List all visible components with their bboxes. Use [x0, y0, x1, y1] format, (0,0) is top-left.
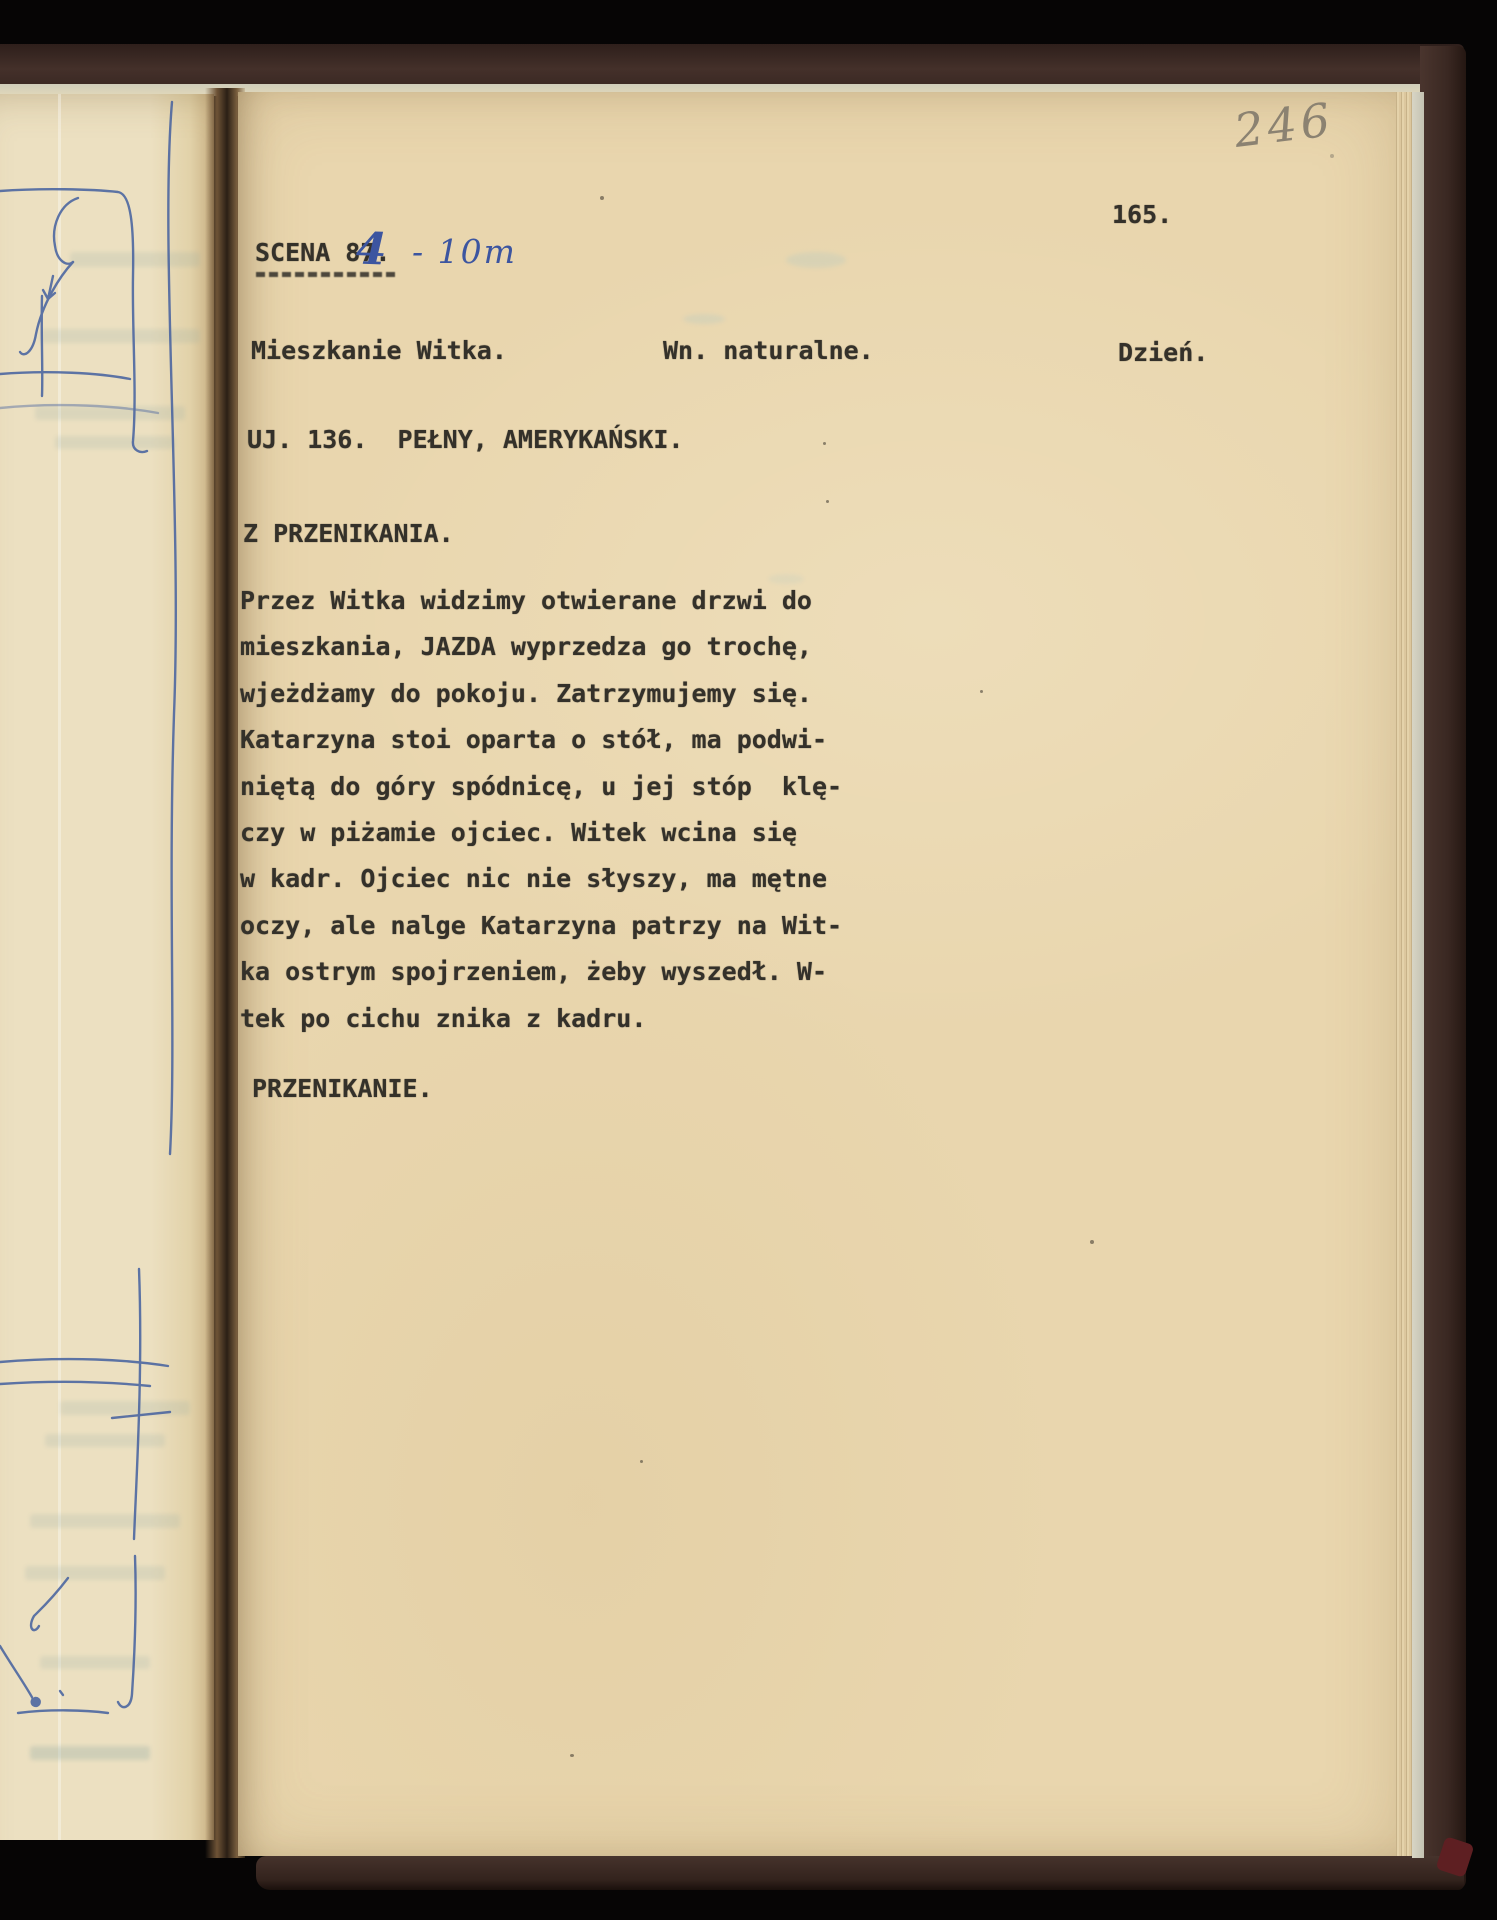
- body-line: niętą do góry spódnicę, u jej stóp klę-: [240, 764, 842, 810]
- book-photo: 246 165. SCENA 87. 4 - 10m Mieszkanie Wi…: [0, 0, 1497, 1920]
- paper-speck: [640, 1460, 643, 1463]
- paper-speck: [826, 500, 829, 503]
- book-cover-bottom-edge: [256, 1856, 1464, 1890]
- slug-time: Dzień.: [1118, 338, 1208, 367]
- paper-speck: [570, 1754, 574, 1757]
- body-line: Katarzyna stoi oparta o stół, ma podwi-: [240, 717, 842, 763]
- body-line: wjeżdżamy do pokoju. Zatrzymujemy się.: [240, 671, 842, 717]
- paper-speck: [980, 690, 983, 693]
- script-page: 246 165. SCENA 87. 4 - 10m Mieszkanie Wi…: [238, 92, 1396, 1856]
- slug-interior: Wn. naturalne.: [663, 336, 874, 365]
- scene-heading-underline: [256, 272, 396, 277]
- body-line: czy w piżamie ojciec. Witek wcina się: [240, 810, 842, 856]
- body-line: Przez Witka widzimy otwierane drzwi do: [240, 578, 842, 624]
- scene-length-note: - 10m: [412, 232, 517, 271]
- body-line: w kadr. Ojciec nic nie słyszy, ma mętne: [240, 856, 842, 902]
- scene-number-correction: 4: [355, 223, 387, 275]
- body-line: oczy, ale nalge Katarzyna patrzy na Wit-: [240, 903, 842, 949]
- transition-out: PRZENIKANIE.: [252, 1074, 433, 1103]
- ink-smudge: [768, 574, 804, 584]
- paper-speck: [823, 442, 826, 445]
- archive-number: 246: [1231, 92, 1337, 158]
- ink-smudge: [786, 252, 846, 268]
- ink-smudge: [683, 314, 725, 324]
- paper-speck: [600, 196, 604, 200]
- slug-location: Mieszkanie Witka.: [251, 336, 507, 365]
- page-number: 165.: [1112, 200, 1172, 229]
- previous-page-edge: [0, 94, 214, 1840]
- body-line: mieszkania, JAZDA wyprzedza go trochę,: [240, 624, 842, 670]
- page-edge-pale-strip: [1412, 92, 1424, 1858]
- body-line: tek po cichu znika z kadru.: [240, 996, 842, 1042]
- shot-line: UJ. 136. PEŁNY, AMERYKAŃSKI.: [247, 425, 684, 454]
- body-line: ka ostrym spojrzeniem, żeby wyszedł. W-: [240, 949, 842, 995]
- ink-sketch: [0, 94, 214, 1840]
- body-text: Przez Witka widzimy otwierane drzwi domi…: [240, 578, 842, 1042]
- transition-in: Z PRZENIKANIA.: [243, 519, 454, 548]
- book-cover-right-edge: [1420, 46, 1466, 1890]
- paper-speck: [1090, 1240, 1094, 1244]
- pencil-dot: [1330, 154, 1334, 158]
